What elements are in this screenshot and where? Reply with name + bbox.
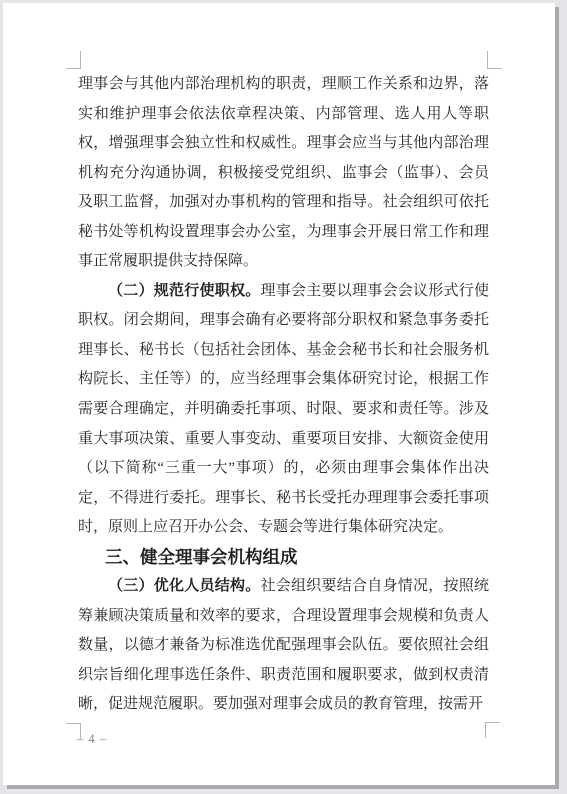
text-boundary-mark-top-right [487,51,502,69]
text-boundary-mark-top-left [66,51,81,69]
paragraph-continued: 理事会与其他内部治理机构的职责，理顺工作关系和边界，落实和维护理事会依法依章程决… [78,70,489,277]
page-number: – 4 – [77,732,107,747]
document-page: 理事会与其他内部治理机构的职责，理顺工作关系和边界，落实和维护理事会依法依章程决… [3,3,555,785]
paragraph: （二）规范行使职权。理事会主要以理事会会议形式行使职权。闭会期间，理事会确有必要… [78,277,489,543]
section-heading: 三、健全理事会机构组成 [78,543,489,573]
document-viewer-canvas: 理事会与其他内部治理机构的职责，理顺工作关系和边界，落实和维护理事会依法依章程决… [0,0,567,794]
paragraph-text: 理事会主要以理事会会议形式行使职权。闭会期间，理事会确有必要将部分职权和紧急事务… [78,283,489,535]
paragraph: （三）优化人员结构。社会组织要结合自身情况，按照统筹兼顾决策质量和效率的要求，合… [78,572,489,720]
text-boundary-mark-bottom-right [485,722,500,738]
paragraph-text: 理事会与其他内部治理机构的职责，理顺工作关系和边界，落实和维护理事会依法依章程决… [78,76,489,269]
paragraph-text: 社会组织要结合自身情况，按照统筹兼顾决策质量和效率的要求，合理设置理事会规模和负… [78,578,489,712]
paragraph-lead-heading: （二）规范行使职权。 [108,283,261,299]
document-body: 理事会与其他内部治理机构的职责，理顺工作关系和边界，落实和维护理事会依法依章程决… [78,70,489,720]
paragraph-lead-heading: （三）优化人员结构。 [108,578,261,594]
